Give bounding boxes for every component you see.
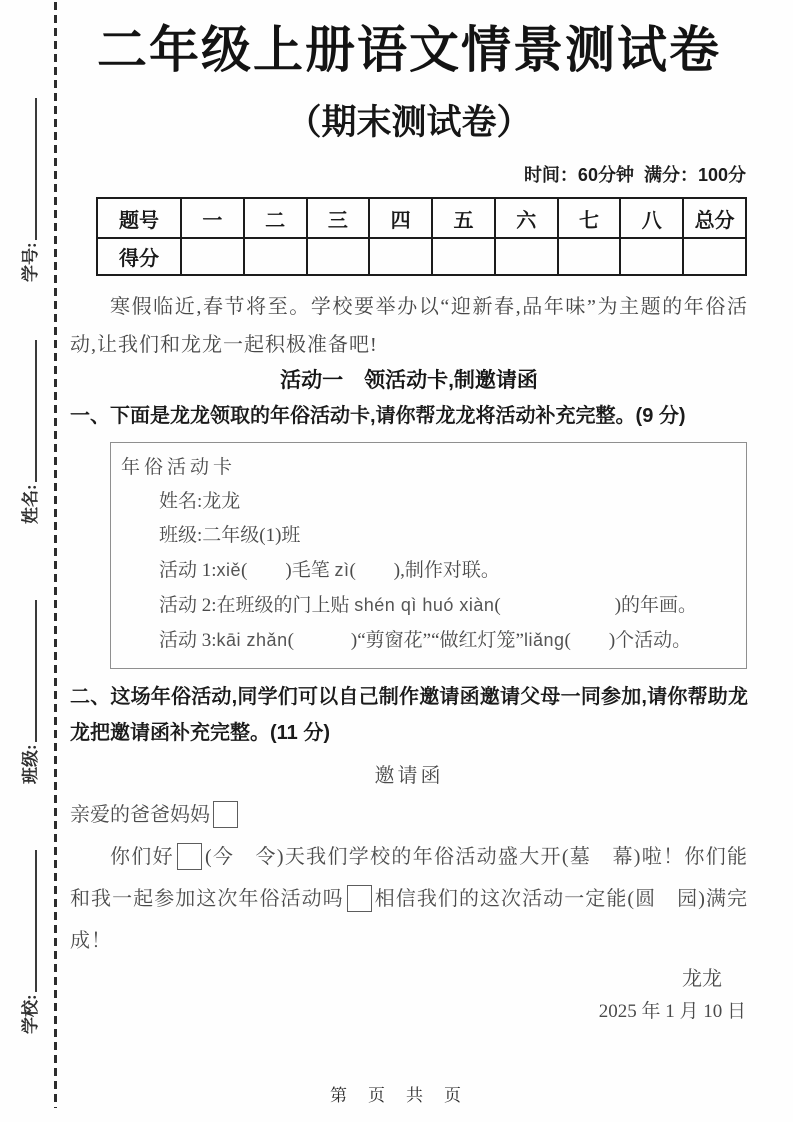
- act3-post-text: 个活动。: [615, 630, 691, 651]
- act1-text: 活动 1:: [159, 560, 217, 581]
- act2-text: 活动 2:在班级的门上贴: [159, 595, 354, 616]
- salutation-text: 亲爱的爸爸妈妈: [70, 804, 210, 826]
- score-header-cell: 三: [307, 198, 370, 238]
- score-header-cell: 一: [181, 198, 244, 238]
- intro-paragraph: 寒假临近,春节将至。学校要举办以“迎新春,品年味”为主题的年俗活动,让我们和龙龙…: [70, 288, 748, 364]
- punctuation-answer-box: [347, 885, 372, 912]
- punctuation-answer-box: [213, 801, 238, 828]
- sidebar-field-school: 学校:: [10, 810, 46, 1034]
- name-label: 姓名:: [16, 484, 41, 524]
- sidebar-field-class: 班级:: [10, 560, 46, 784]
- act3-pinyin-1: kāi zhǎn: [217, 630, 288, 650]
- class-label: 班级:: [16, 744, 41, 784]
- question-1: 一、下面是龙龙领取的年俗活动卡,请你帮龙龙将活动补充完整。(9 分): [70, 398, 748, 434]
- score-empty-cell: [307, 238, 370, 275]
- invitation-body: 你们好(今 令)天我们学校的年俗活动盛大开(墓 幕)啦！你们能和我一起参加这次年…: [70, 836, 748, 962]
- score-empty-cell: [369, 238, 432, 275]
- score-empty-cell: [620, 238, 683, 275]
- time-score-meta: 时间：60分钟 满分：100分: [70, 161, 748, 187]
- card-activity-1: 活动 1:xiě( )毛笔 zì( ),制作对联。: [121, 553, 726, 588]
- sidebar-field-name: 姓名:: [10, 300, 46, 524]
- sidebar-field-student-number: 学号:: [10, 58, 46, 282]
- card-class-line: 班级:二年级(1)班: [121, 519, 726, 553]
- score-empty-cell: [495, 238, 558, 275]
- activity-card: 年俗活动卡 姓名:龙龙 班级:二年级(1)班 活动 1:xiě( )毛笔 zì(…: [110, 442, 747, 669]
- score-header-cell: 二: [244, 198, 307, 238]
- act2-pinyin: shén qì huó xiàn: [354, 595, 494, 615]
- act3-text: 活动 3:: [159, 630, 217, 651]
- card-activity-3: 活动 3:kāi zhǎn( )“剪窗花”“做红灯笼”liǎng( )个活动。: [121, 623, 726, 658]
- act3-blank-1: ( ): [288, 630, 358, 651]
- activity-card-title: 年俗活动卡: [121, 451, 726, 485]
- act1-blank-1: ( ): [241, 560, 292, 581]
- invitation-date: 2025 年 1 月 10 日: [70, 998, 748, 1026]
- invitation-title: 邀请函: [70, 759, 748, 788]
- score-table-score-row: 得分: [97, 238, 746, 275]
- act3-blank-2: ( ): [565, 630, 616, 651]
- act3-mid-text: “剪窗花”“做红灯笼”: [357, 630, 524, 651]
- name-fill-line: [19, 340, 37, 482]
- punctuation-answer-box: [177, 843, 202, 870]
- act1-pinyin-1: xiě: [217, 560, 242, 580]
- act1-post-text: ,制作对联。: [400, 560, 500, 581]
- invitation-signature: 龙龙: [70, 964, 748, 994]
- act1-pinyin-2: zì: [334, 560, 349, 580]
- invite-seg-1: 你们好: [110, 846, 174, 868]
- student-number-fill-line: [19, 98, 37, 240]
- invitation-salutation: 亲爱的爸爸妈妈: [70, 798, 748, 832]
- card-activity-2: 活动 2:在班级的门上贴 shén qì huó xiàn( )的年画。: [121, 588, 726, 623]
- score-empty-cell: [244, 238, 307, 275]
- page-footer: 第 页 共 页: [0, 1081, 793, 1106]
- score-header-cell: 总分: [683, 198, 746, 238]
- card-name-line: 姓名:龙龙: [121, 485, 726, 519]
- question-2: 二、这场年俗活动,同学们可以自己制作邀请函邀请父母一同参加,请你帮助龙龙把邀请函…: [70, 679, 748, 751]
- school-fill-line: [19, 850, 37, 992]
- page-title: 二年级上册语文情景测试卷: [70, 20, 748, 81]
- score-header-cell: 六: [495, 198, 558, 238]
- score-table: 题号 一 二 三 四 五 六 七 八 总分 得分: [96, 197, 747, 276]
- score-table-header-row: 题号 一 二 三 四 五 六 七 八 总分: [97, 198, 746, 238]
- activity-one-heading: 活动一 领活动卡,制邀请函: [70, 366, 748, 396]
- score-header-cell: 七: [558, 198, 621, 238]
- score-empty-cell: [432, 238, 495, 275]
- student-number-label: 学号:: [16, 242, 41, 282]
- score-header-cell: 四: [369, 198, 432, 238]
- score-row-label: 得分: [97, 238, 181, 275]
- act1-mid-text: 毛笔: [292, 560, 335, 581]
- score-empty-cell: [558, 238, 621, 275]
- score-header-cell: 八: [620, 198, 683, 238]
- score-header-cell: 五: [432, 198, 495, 238]
- test-paper-page: 学号: 姓名: 班级: 学校: 二年级上册语文情景测试卷 （期末测试卷） 时间：…: [0, 0, 793, 1122]
- score-header-cell: 题号: [97, 198, 181, 238]
- class-fill-line: [19, 600, 37, 742]
- dashed-cut-line: [54, 2, 57, 1108]
- act1-blank-2: ( ): [349, 560, 400, 581]
- act2-post-text: 的年画。: [621, 595, 697, 616]
- school-label: 学校:: [16, 994, 41, 1034]
- main-content: 二年级上册语文情景测试卷 （期末测试卷） 时间：60分钟 满分：100分 题号 …: [70, 0, 748, 1026]
- act2-blank: ( ): [494, 595, 621, 616]
- score-empty-cell: [683, 238, 746, 275]
- page-subtitle: （期末测试卷）: [70, 95, 748, 145]
- act3-pinyin-2: liǎng: [524, 630, 565, 650]
- score-empty-cell: [181, 238, 244, 275]
